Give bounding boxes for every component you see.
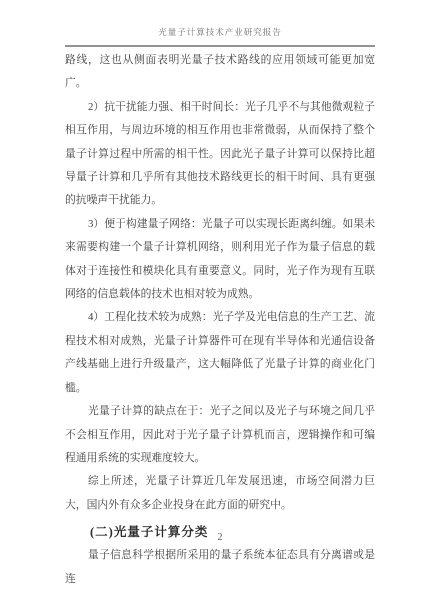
paragraph-continuation: 路线，这也从侧面表明光量子技术路线的应用领域可能更加宽广。 <box>65 49 375 96</box>
paragraph-summary: 综上所述，光量子计算近几年发展迅速，市场空间潜力巨大，国内外有众多企业投身在此方… <box>65 470 375 517</box>
paragraph-classification-intro: 量子信息科学根据所采用的量子系统本征态具有分离谱或是连 <box>65 544 375 591</box>
header-title: 光量子计算技术产业研究报告 <box>158 27 282 37</box>
paragraph-point-3-quantum-network: 3）便于构建量子网络：光量子可以实现长距离纠缠。如果未来需要构建一个量子计算机网… <box>65 213 375 307</box>
paragraph-point-4-engineering-maturity: 4）工程化技术较为成熟：光子学及光电信息的生产工艺、流程技术相对成熟，光量子计算… <box>65 306 375 400</box>
page-number: 2 <box>218 532 223 543</box>
page-footer: 2 <box>65 532 375 543</box>
paragraph-drawbacks: 光量子计算的缺点在于：光子之间以及光子与环境之间几乎不会相互作用，因此对于光子量… <box>65 400 375 470</box>
document-body: 路线，这也从侧面表明光量子技术路线的应用领域可能更加宽广。 2）抗干扰能力强、相… <box>65 49 375 591</box>
paragraph-point-2-anti-interference: 2）抗干扰能力强、相干时间长：光子几乎不与其他微观粒子相互作用，与周边环境的相互… <box>65 96 375 213</box>
document-page: 光量子计算技术产业研究报告 路线，这也从侧面表明光量子技术路线的应用领域可能更加… <box>0 0 441 600</box>
page-header: 光量子计算技术产业研究报告 <box>65 26 375 47</box>
